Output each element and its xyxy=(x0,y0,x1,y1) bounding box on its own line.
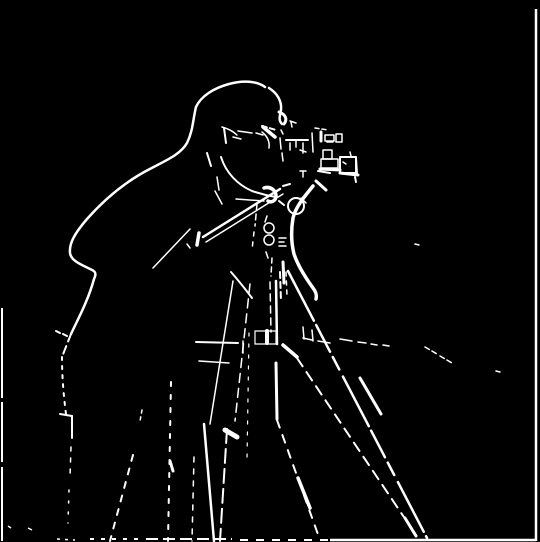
edge-image xyxy=(0,0,540,542)
edge-image-svg xyxy=(0,0,540,542)
image-background xyxy=(0,0,540,542)
